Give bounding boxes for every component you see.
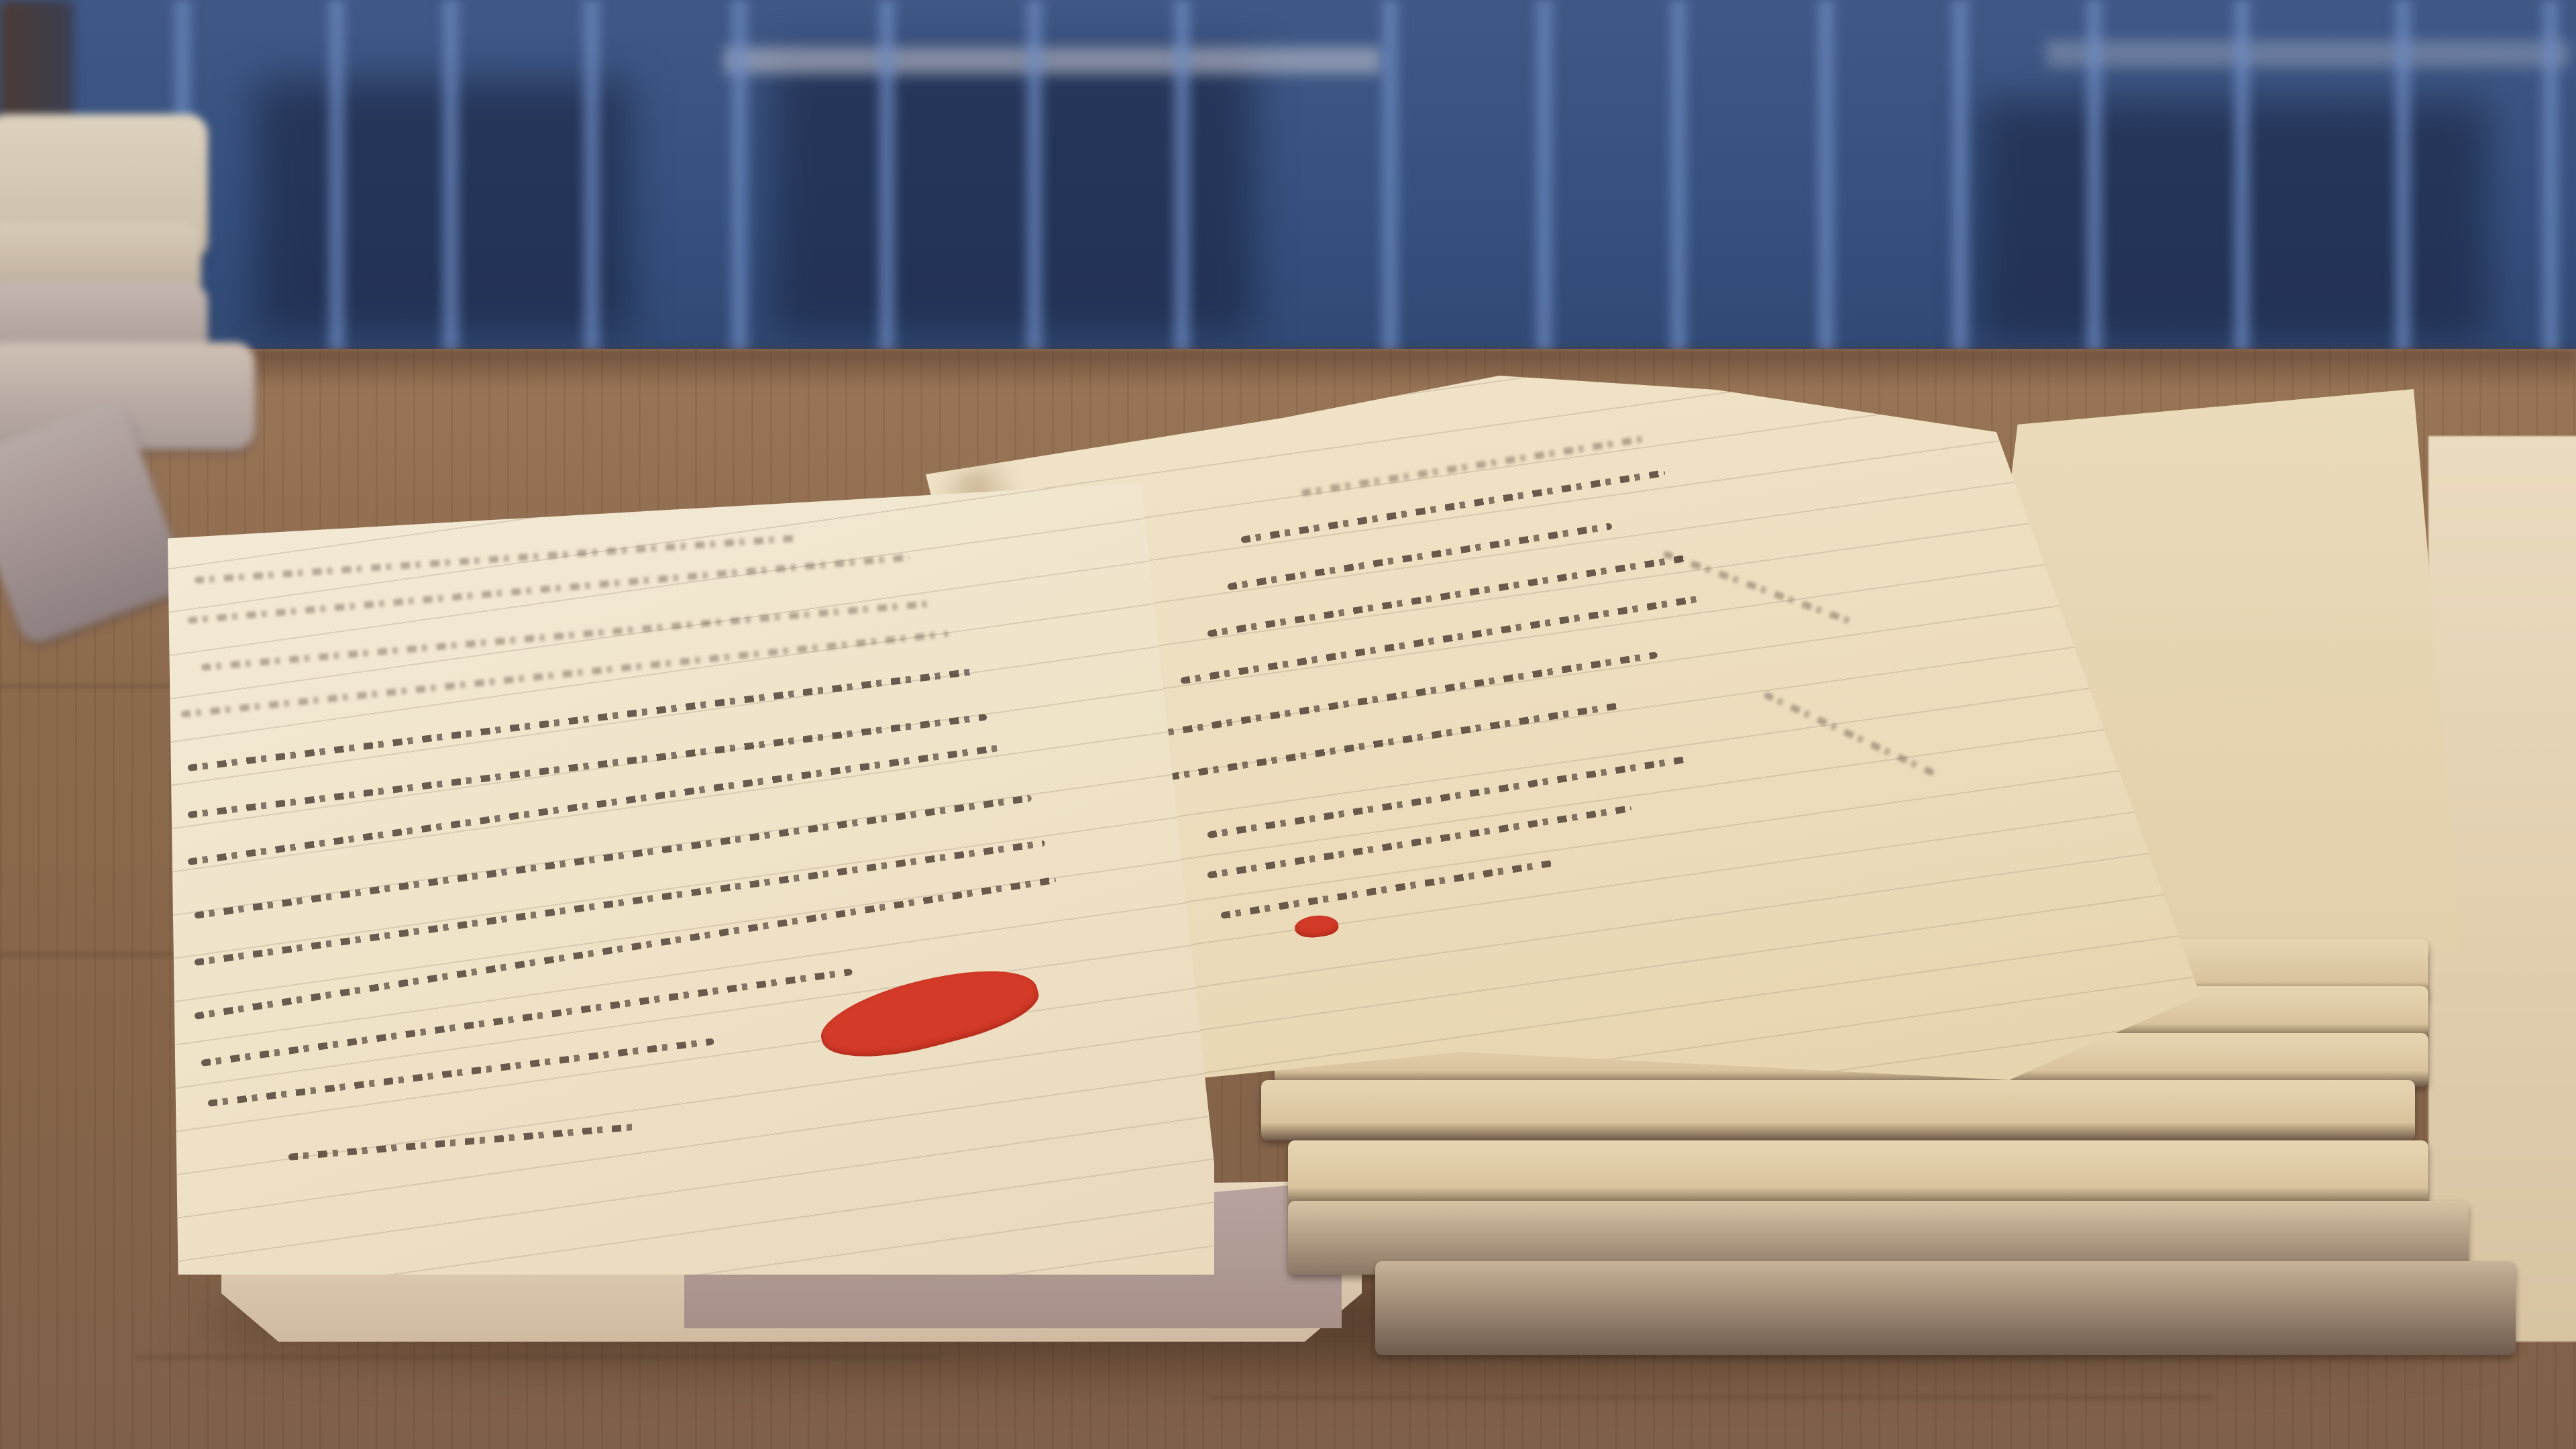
grid-bar — [1020, 0, 1049, 376]
letter-left-page — [168, 483, 1214, 1275]
photo-scene — [0, 0, 2576, 1449]
wood-grain — [0, 953, 174, 957]
blurred-blue-background — [0, 0, 2576, 402]
grid-bar — [2227, 0, 2257, 376]
grid-bar — [1811, 0, 1841, 376]
grid-bar — [1529, 0, 1559, 376]
grid-bar — [1167, 0, 1197, 376]
wood-grain — [1207, 1395, 2214, 1399]
background-light-strip — [724, 47, 1382, 74]
grid-bar — [1664, 0, 1693, 376]
grid-bar — [1945, 0, 1975, 376]
grid-bar — [577, 0, 606, 376]
grid-bar — [322, 0, 352, 376]
grid-bar — [724, 0, 754, 376]
grid-bar — [1375, 0, 1405, 376]
background-light-strip — [2046, 40, 2569, 67]
page-edge — [1261, 1080, 2415, 1140]
grid-bar — [2388, 0, 2418, 376]
grid-bar — [2536, 0, 2565, 376]
grid-bar — [2080, 0, 2109, 376]
grid-bar — [872, 0, 902, 376]
table-far-edge — [0, 349, 2576, 389]
page-edge — [1375, 1261, 2516, 1355]
grid-bar — [436, 0, 466, 376]
page-edge — [1288, 1140, 2428, 1207]
